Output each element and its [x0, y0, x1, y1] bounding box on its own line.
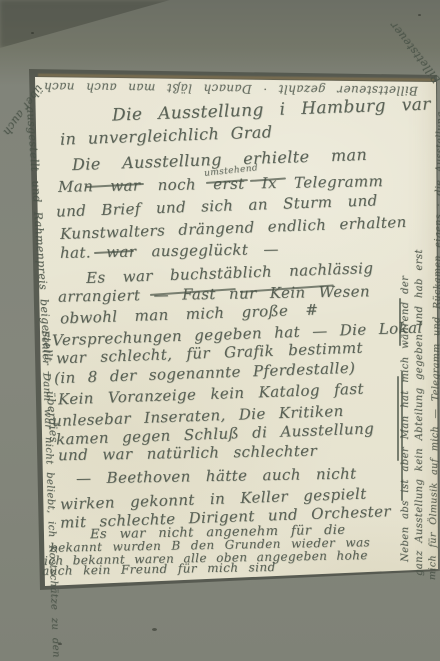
- dust-speck: [418, 14, 421, 16]
- dust-speck: [152, 628, 157, 631]
- paper-edge-vignette: [0, 0, 440, 661]
- dust-speck: [31, 32, 34, 34]
- scanned-manuscript-scene: Billettsteuer gezahlt · Danach läßt man …: [0, 0, 440, 661]
